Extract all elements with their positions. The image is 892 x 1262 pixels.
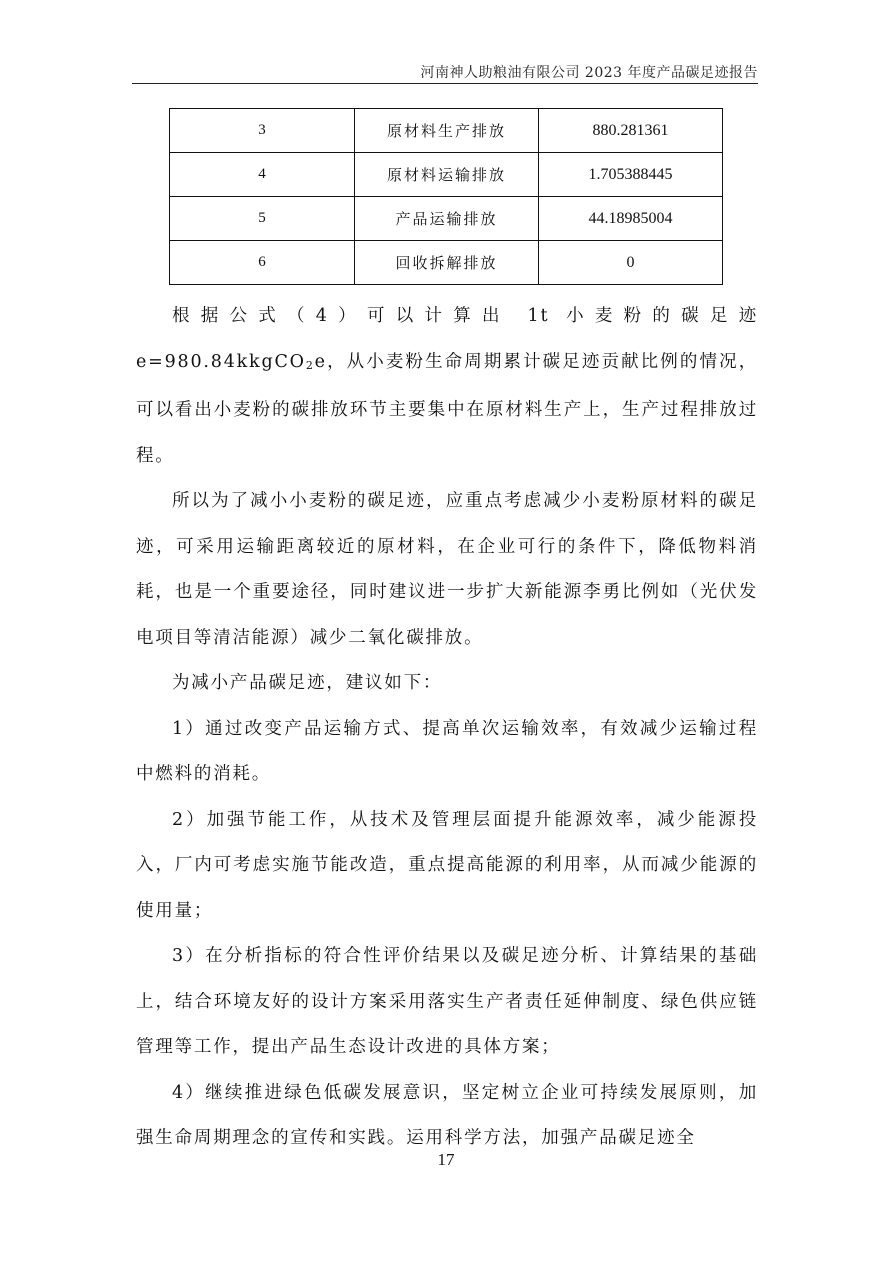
table-row: 6 回收拆解排放 0 — [170, 241, 723, 285]
page-number: 17 — [0, 1150, 892, 1170]
emission-item: 回收拆解排放 — [355, 241, 539, 285]
suggestion-4: 4）继续推进绿色低碳发展意识，坚定树立企业可持续发展原则，加强生命周期理念的宣传… — [136, 1071, 758, 1162]
emission-value: 0 — [539, 241, 723, 285]
paragraph-result: 根据公式（4）可以计算出 1t 小麦粉的碳足迹 e=980.84kkgCO2e，… — [136, 294, 758, 479]
emissions-table: 3 原材料生产排放 880.281361 4 原材料运输排放 1.7053884… — [169, 108, 723, 285]
paragraph-analysis: 所以为了减小小麦粉的碳足迹，应重点考虑减少小麦粉原材料的碳足迹，可采用运输距离较… — [136, 479, 758, 661]
table-row: 4 原材料运输排放 1.705388445 — [170, 153, 723, 197]
row-number: 4 — [170, 153, 355, 197]
suggestion-3: 3）在分析指标的符合性评价结果以及碳足迹分析、计算结果的基础上，结合环境友好的设… — [136, 934, 758, 1071]
header-rule — [132, 83, 758, 84]
paragraph-intro: 为减小产品碳足迹，建议如下： — [136, 661, 758, 707]
row-number: 6 — [170, 241, 355, 285]
suggestion-2: 2）加强节能工作，从技术及管理层面提升能源效率，减少能源投入，厂内可考虑实施节能… — [136, 798, 758, 935]
table-row: 3 原材料生产排放 880.281361 — [170, 109, 723, 153]
emission-item: 原材料运输排放 — [355, 153, 539, 197]
table-row: 5 产品运输排放 44.18985004 — [170, 197, 723, 241]
subscript: 2 — [306, 359, 315, 372]
row-number: 3 — [170, 109, 355, 153]
emission-value: 1.705388445 — [539, 153, 723, 197]
emission-item: 产品运输排放 — [355, 197, 539, 241]
body-text: 根据公式（4）可以计算出 1t 小麦粉的碳足迹 e=980.84kkgCO2e，… — [136, 294, 758, 1162]
suggestion-1: 1）通过改变产品运输方式、提高单次运输效率，有效减少运输过程中燃料的消耗。 — [136, 707, 758, 798]
emission-item: 原材料生产排放 — [355, 109, 539, 153]
emission-value: 44.18985004 — [539, 197, 723, 241]
row-number: 5 — [170, 197, 355, 241]
emission-value: 880.281361 — [539, 109, 723, 153]
running-header: 河南神人助粮油有限公司 2023 年度产品碳足迹报告 — [420, 62, 758, 82]
